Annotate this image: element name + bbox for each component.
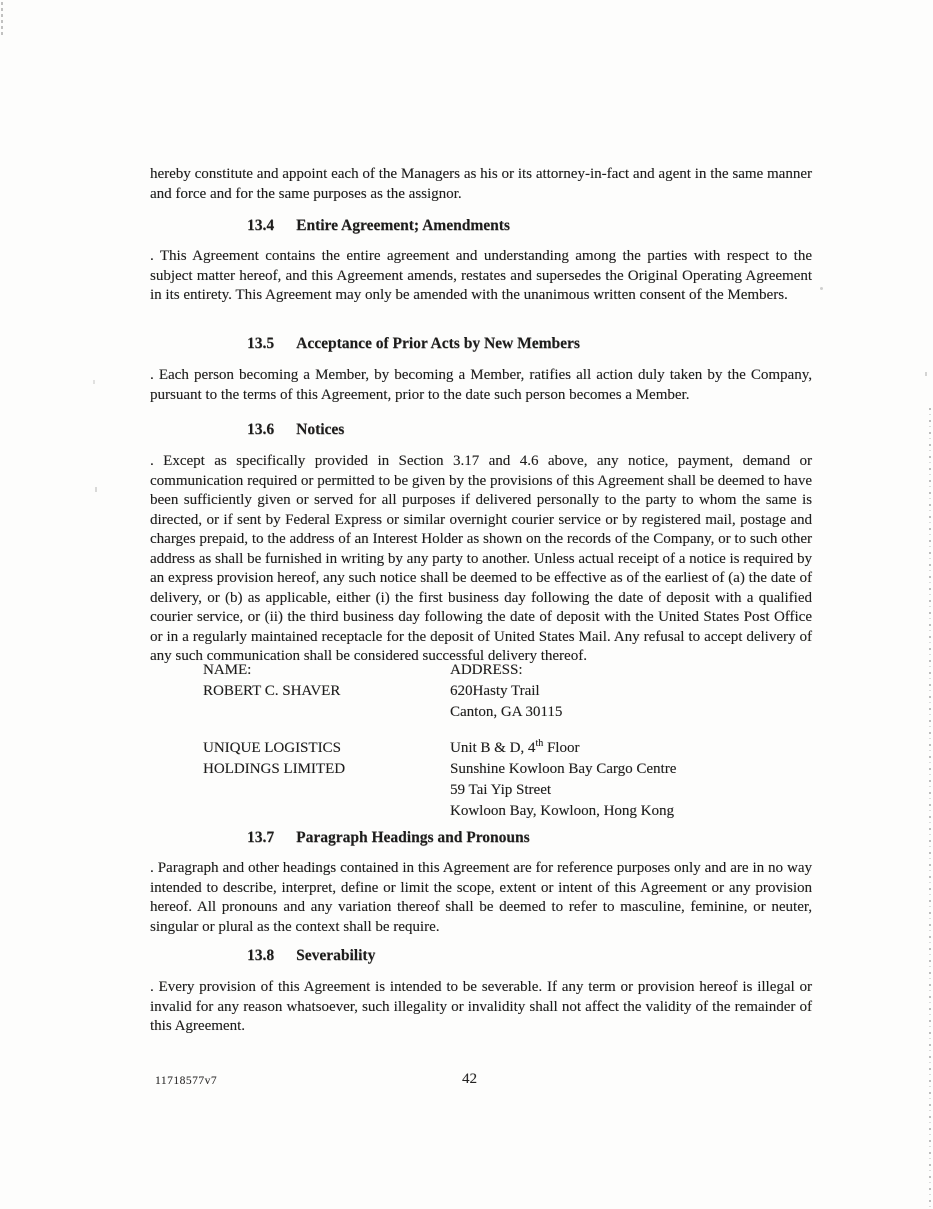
member-name: HOLDINGS LIMITED — [203, 759, 450, 780]
section-title: Acceptance of Prior Acts by New Members — [296, 335, 580, 352]
scan-artifact-speck — [820, 287, 823, 290]
section-heading-13-6: 13.6Notices — [247, 420, 344, 440]
address-line: 59 Tai Yip Street — [450, 780, 763, 801]
section-number: 13.8 — [247, 947, 274, 964]
section-title: Severability — [296, 947, 375, 964]
address-line: 620Hasty Trail — [450, 681, 763, 702]
section-heading-13-5: 13.5Acceptance of Prior Acts by New Memb… — [247, 334, 580, 354]
address-line: Sunshine Kowloon Bay Cargo Centre — [450, 759, 763, 780]
notice-entry-row: UNIQUE LOGISTICS HOLDINGS LIMITED Unit B… — [203, 738, 763, 822]
section-paragraph-13-7: . Paragraph and other headings contained… — [150, 859, 812, 937]
section-title: Notices — [296, 421, 344, 438]
name-column-header: NAME: — [203, 660, 450, 681]
section-heading-13-7: 13.7Paragraph Headings and Pronouns — [247, 828, 530, 848]
notice-address-cell: ADDRESS: 620Hasty Trail Canton, GA 30115 — [450, 660, 763, 723]
section-heading-13-4: 13.4Entire Agreement; Amendments — [247, 216, 510, 236]
scan-artifact-top-left — [1, 2, 3, 36]
notice-entry-row: NAME: ROBERT C. SHAVER ADDRESS: 620Hasty… — [203, 660, 763, 723]
section-number: 13.7 — [247, 829, 274, 846]
scanned-document-page: hereby constitute and appoint each of th… — [0, 0, 933, 1209]
scan-artifact-speck — [93, 380, 95, 384]
footer-document-id: 11718577v7 — [155, 1075, 217, 1087]
page-number: 42 — [462, 1071, 477, 1088]
notice-address-table: NAME: ROBERT C. SHAVER ADDRESS: 620Hasty… — [203, 660, 763, 822]
section-title: Paragraph Headings and Pronouns — [296, 829, 530, 846]
opening-paragraph: hereby constitute and appoint each of th… — [150, 165, 812, 204]
address-line: Kowloon Bay, Kowloon, Hong Kong — [450, 801, 763, 822]
notice-address-cell: Unit B & D, 4th Floor Sunshine Kowloon B… — [450, 738, 763, 822]
scan-artifact-right-edge — [929, 408, 931, 1209]
scan-artifact-speck — [925, 372, 927, 376]
member-name: ROBERT C. SHAVER — [203, 681, 450, 702]
section-heading-13-8: 13.8Severability — [247, 946, 375, 966]
member-name: UNIQUE LOGISTICS — [203, 738, 450, 759]
section-number: 13.4 — [247, 217, 274, 234]
address-column-header: ADDRESS: — [450, 660, 763, 681]
section-number: 13.5 — [247, 335, 274, 352]
section-paragraph-13-6: . Except as specifically provided in Sec… — [150, 452, 812, 667]
scan-artifact-speck — [95, 487, 97, 492]
address-line: Unit B & D, 4th Floor — [450, 738, 763, 759]
notice-name-cell: NAME: ROBERT C. SHAVER — [203, 660, 450, 723]
section-paragraph-13-4: . This Agreement contains the entire agr… — [150, 247, 812, 306]
notice-name-cell: UNIQUE LOGISTICS HOLDINGS LIMITED — [203, 738, 450, 822]
section-number: 13.6 — [247, 421, 274, 438]
address-line-text: Floor — [543, 740, 579, 756]
section-paragraph-13-8: . Every provision of this Agreement is i… — [150, 978, 812, 1037]
address-line: Canton, GA 30115 — [450, 702, 763, 723]
section-paragraph-13-5: . Each person becoming a Member, by beco… — [150, 366, 812, 405]
section-title: Entire Agreement; Amendments — [296, 217, 510, 234]
address-line-text: Unit B & D, 4 — [450, 740, 535, 756]
